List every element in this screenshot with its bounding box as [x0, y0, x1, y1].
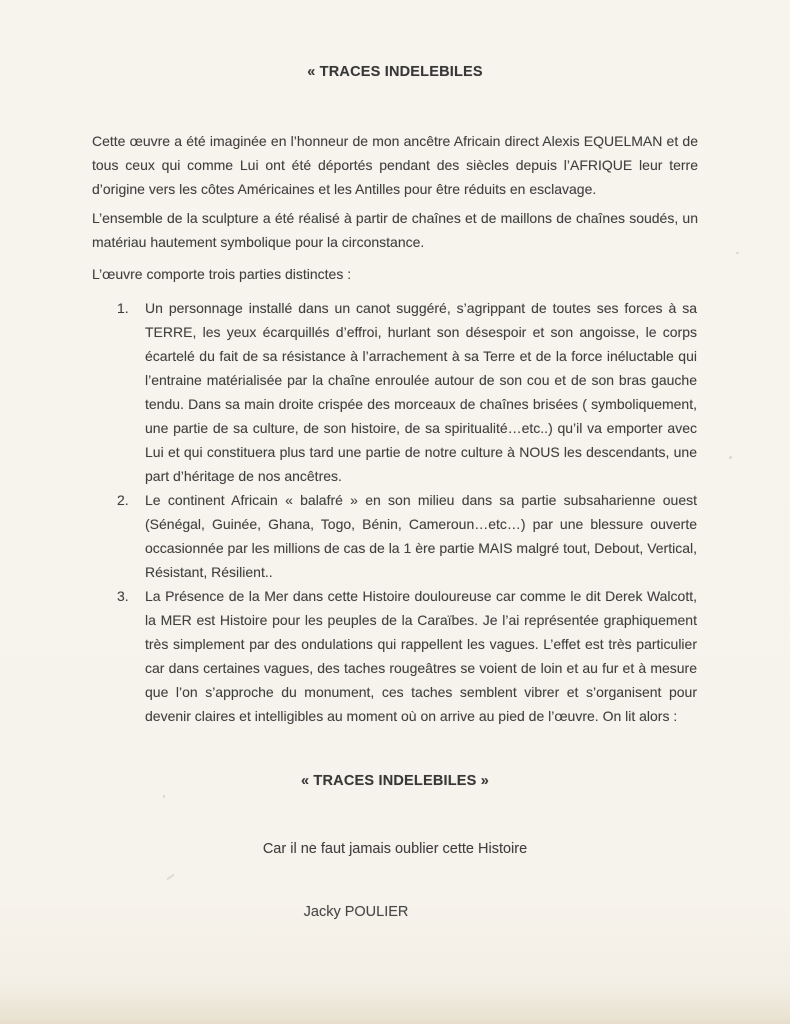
list-item-1-number: 1.: [117, 296, 145, 320]
paragraph-material: L’ensemble de la sculpture a été réalisé…: [92, 206, 698, 254]
list-item-3-text: La Présence de la Mer dans cette Histoir…: [145, 584, 697, 728]
list-item-3: 3. La Présence de la Mer dans cette Hist…: [117, 584, 697, 728]
list-item-2: 2. Le continent Africain « balafré » en …: [117, 488, 697, 584]
scanned-document-page: « TRACES INDELEBILES Cette œuvre a été i…: [0, 0, 790, 1024]
list-item-1-text: Un personnage installé dans un canot sug…: [145, 296, 697, 488]
closing-title: « TRACES INDELEBILES »: [0, 773, 790, 789]
closing-line: Car il ne faut jamais oublier cette Hist…: [0, 841, 790, 857]
scan-speck: [729, 456, 732, 459]
list-item-3-number: 3.: [117, 584, 145, 608]
scan-speck: [166, 874, 175, 881]
scan-speck: [736, 252, 739, 254]
list-item-2-text: Le continent Africain « balafré » en son…: [145, 488, 697, 584]
list-item-2-number: 2.: [117, 488, 145, 512]
scan-speck: [311, 843, 313, 845]
paragraph-intro-list: L’œuvre comporte trois parties distincte…: [92, 262, 698, 286]
document-title: « TRACES INDELEBILES: [0, 64, 790, 80]
list-item-1: 1. Un personnage installé dans un canot …: [117, 296, 697, 488]
paragraph-dedication: Cette œuvre a été imaginée en l’honneur …: [92, 129, 698, 201]
scan-speck: [163, 795, 165, 798]
signature: Jacky POULIER: [0, 904, 751, 920]
